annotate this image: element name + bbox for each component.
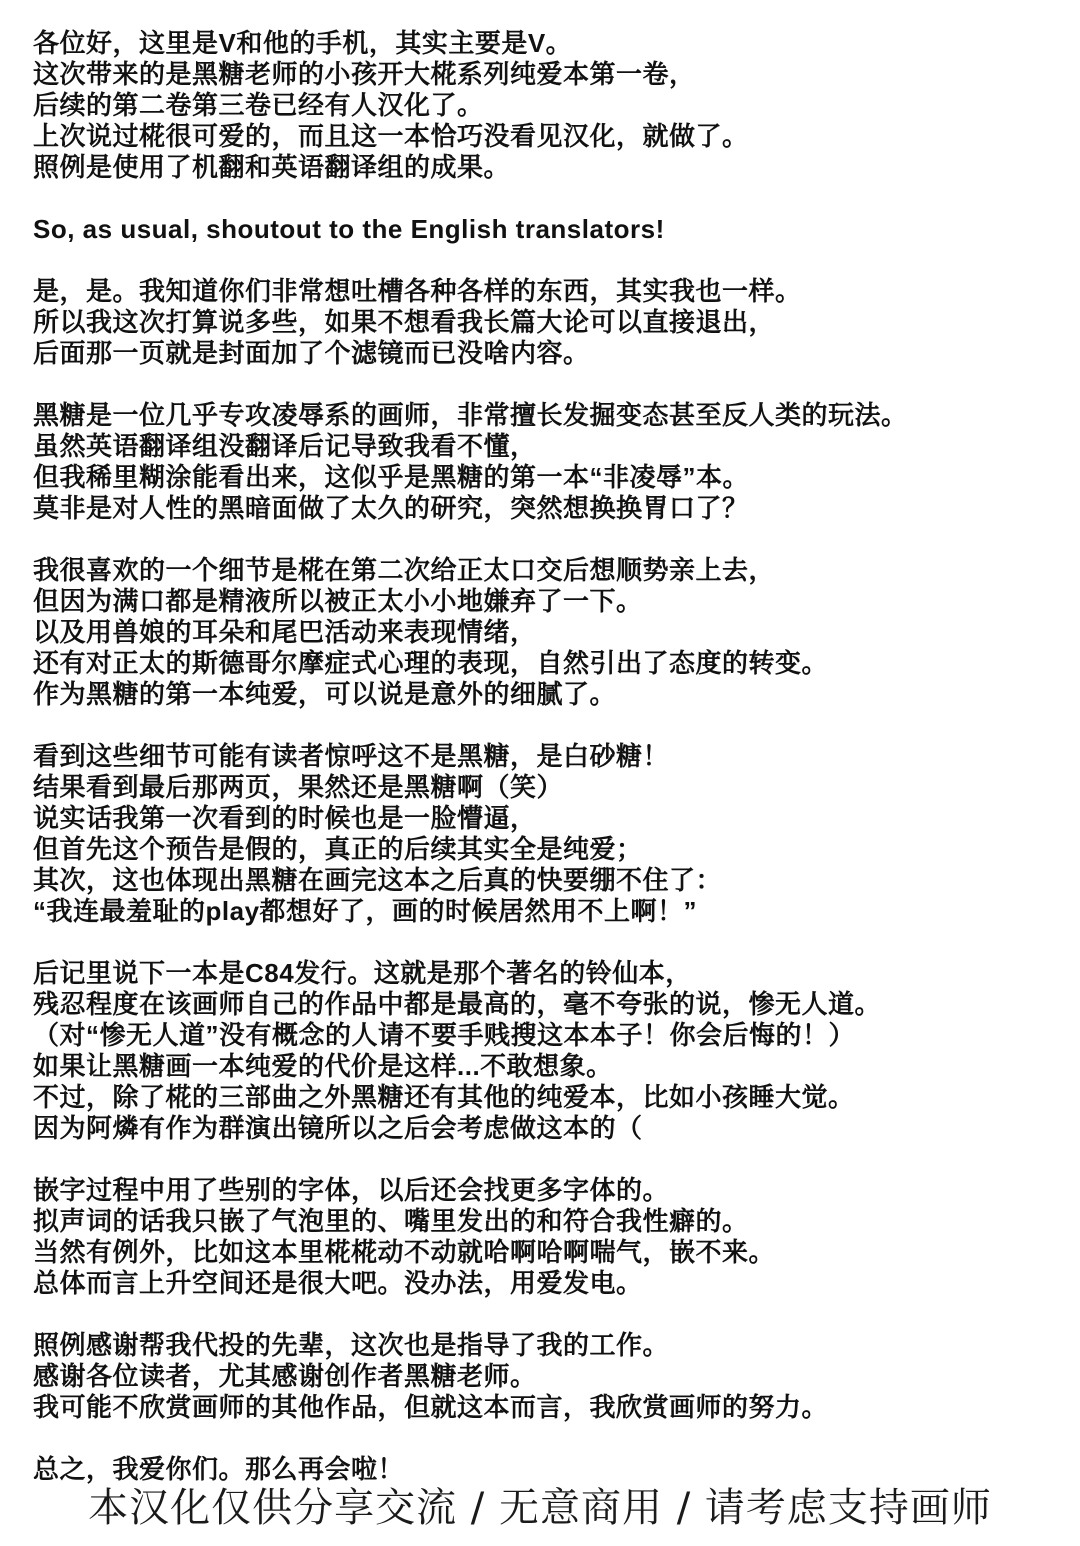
- text-line: 当然有例外，比如这本里椛椛动不动就哈啊哈啊喘气，嵌不来。: [33, 1237, 1060, 1268]
- text-line: 但我稀里糊涂能看出来，这似乎是黑糖的第一本“非凌辱”本。: [33, 462, 1060, 493]
- text-line: 是，是。我知道你们非常想吐槽各种各样的东西，其实我也一样。: [33, 276, 1060, 307]
- paragraph-favorite-details: 我很喜欢的一个细节是椛在第二次给正太口交后想顺势亲上去， 但因为满口都是精液所以…: [33, 555, 1060, 710]
- paragraph-farewell: 总之，我爱你们。那么再会啦！: [33, 1454, 1060, 1485]
- text-line: 但首先这个预告是假的，真正的后续其实全是纯爱；: [33, 834, 1060, 865]
- text-line: 以及用兽娘的耳朵和尾巴活动来表现情绪，: [33, 617, 1060, 648]
- text-line: 如果让黑糖画一本纯爱的代价是这样...不敢想象。: [33, 1051, 1060, 1082]
- text-line: 不过，除了椛的三部曲之外黑糖还有其他的纯爱本，比如小孩睡大觉。: [33, 1082, 1060, 1113]
- text-line: 因为阿燐有作为群演出镜所以之后会考虑做这本的（: [33, 1113, 1060, 1144]
- paragraph-afterword-c84: 后记里说下一本是C84发行。这就是那个著名的铃仙本， 残忍程度在该画师自己的作品…: [33, 958, 1060, 1144]
- text-line: 后面那一页就是封面加了个滤镜而已没啥内容。: [33, 338, 1060, 369]
- text-line: 各位好，这里是V和他的手机，其实主要是V。: [33, 28, 1060, 59]
- text-line: （对“惨无人道”没有概念的人请不要手贱搜这本本子！你会后悔的！）: [33, 1020, 1060, 1051]
- text-line: 黑糖是一位几乎专攻凌辱系的画师，非常擅长发掘变态甚至反人类的玩法。: [33, 400, 1060, 431]
- text-line: 总体而言上升空间还是很大吧。没办法，用爱发电。: [33, 1268, 1060, 1299]
- text-line: 还有对正太的斯德哥尔摩症式心理的表现，自然引出了态度的转变。: [33, 648, 1060, 679]
- text-line: 作为黑糖的第一本纯爱，可以说是意外的细腻了。: [33, 679, 1060, 710]
- notes-body: 各位好，这里是V和他的手机，其实主要是V。 这次带来的是黑糖老师的小孩开大椛系列…: [0, 0, 1080, 1485]
- paragraph-artist-intro: 黑糖是一位几乎专攻凌辱系的画师，非常擅长发掘变态甚至反人类的玩法。 虽然英语翻译…: [33, 400, 1060, 524]
- paragraph-typesetting: 嵌字过程中用了些别的字体，以后还会找更多字体的。 拟声词的话我只嵌了气泡里的、嘴…: [33, 1175, 1060, 1299]
- text-line: 残忍程度在该画师自己的作品中都是最高的，毫不夸张的说，惨无人道。: [33, 989, 1060, 1020]
- paragraph-thanks: 照例感谢帮我代投的先辈，这次也是指导了我的工作。 感谢各位读者，尤其感谢创作者黑…: [33, 1330, 1060, 1423]
- text-line: 嵌字过程中用了些别的字体，以后还会找更多字体的。: [33, 1175, 1060, 1206]
- text-line: 上次说过椛很可爱的，而且这一本恰巧没看见汉化，就做了。: [33, 121, 1060, 152]
- text-line: 所以我这次打算说多些，如果不想看我长篇大论可以直接退出，: [33, 307, 1060, 338]
- text-line: 说实话我第一次看到的时候也是一脸懵逼，: [33, 803, 1060, 834]
- text-line: 总之，我爱你们。那么再会啦！: [33, 1454, 1060, 1485]
- paragraph-intro: 各位好，这里是V和他的手机，其实主要是V。 这次带来的是黑糖老师的小孩开大椛系列…: [33, 28, 1060, 183]
- text-line: 其次，这也体现出黑糖在画完这本之后真的快要绷不住了：: [33, 865, 1060, 896]
- text-line: “我连最羞耻的play都想好了，画的时候居然用不上啊！”: [33, 896, 1060, 927]
- text-line: 照例是使用了机翻和英语翻译组的成果。: [33, 152, 1060, 183]
- paragraph-english-shoutout: So, as usual, shoutout to the English tr…: [33, 214, 1060, 245]
- text-line: 我很喜欢的一个细节是椛在第二次给正太口交后想顺势亲上去，: [33, 555, 1060, 586]
- text-line: 但因为满口都是精液所以被正太小小地嫌弃了一下。: [33, 586, 1060, 617]
- text-line: 莫非是对人性的黑暗面做了太久的研究，突然想换换胃口了？: [33, 493, 1060, 524]
- text-line: 照例感谢帮我代投的先辈，这次也是指导了我的工作。: [33, 1330, 1060, 1361]
- text-line: 拟声词的话我只嵌了气泡里的、嘴里发出的和符合我性癖的。: [33, 1206, 1060, 1237]
- text-line: 后记里说下一本是C84发行。这就是那个著名的铃仙本，: [33, 958, 1060, 989]
- text-line: 这次带来的是黑糖老师的小孩开大椛系列纯爱本第一卷，: [33, 59, 1060, 90]
- translator-notes-page: 各位好，这里是V和他的手机，其实主要是V。 这次带来的是黑糖老师的小孩开大椛系列…: [0, 0, 1080, 1546]
- footer-disclaimer: 本汉化仅供分享交流 / 无意商用 / 请考虑支持画师: [0, 1486, 1080, 1530]
- text-line: 虽然英语翻译组没翻译后记导致我看不懂，: [33, 431, 1060, 462]
- paragraph-reader-reaction: 看到这些细节可能有读者惊呼这不是黑糖，是白砂糖！ 结果看到最后那两页，果然还是黑…: [33, 741, 1060, 927]
- text-line: 结果看到最后那两页，果然还是黑糖啊（笑）: [33, 772, 1060, 803]
- text-line: 看到这些细节可能有读者惊呼这不是黑糖，是白砂糖！: [33, 741, 1060, 772]
- text-line: 我可能不欣赏画师的其他作品，但就这本而言，我欣赏画师的努力。: [33, 1392, 1060, 1423]
- text-line: So, as usual, shoutout to the English tr…: [33, 214, 1060, 245]
- text-line: 后续的第二卷第三卷已经有人汉化了。: [33, 90, 1060, 121]
- text-line: 感谢各位读者，尤其感谢创作者黑糖老师。: [33, 1361, 1060, 1392]
- paragraph-disclaimer: 是，是。我知道你们非常想吐槽各种各样的东西，其实我也一样。 所以我这次打算说多些…: [33, 276, 1060, 369]
